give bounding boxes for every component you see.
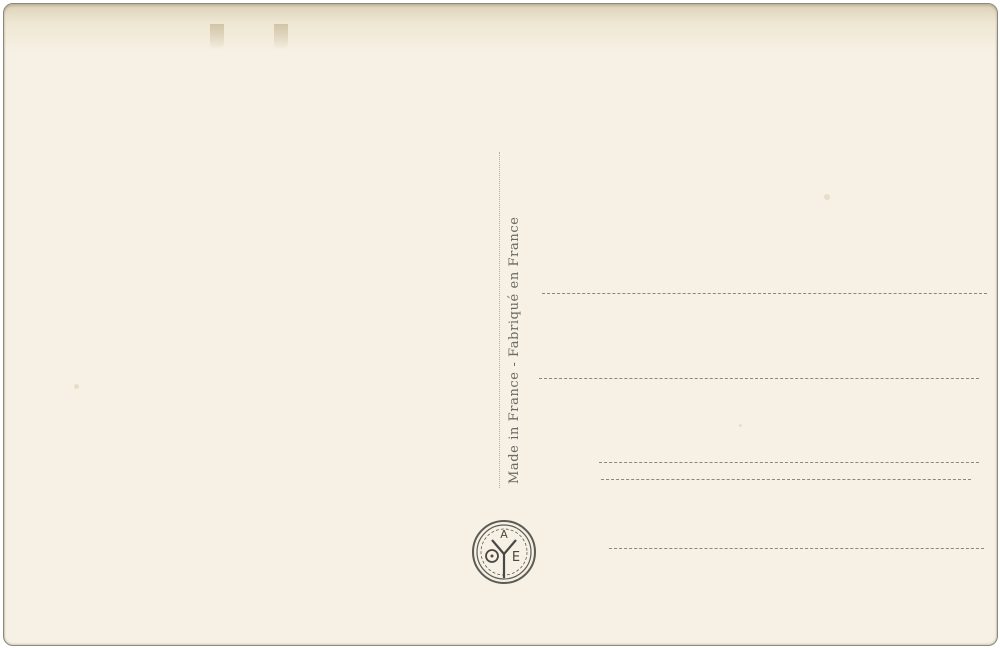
paper-speck bbox=[739, 424, 742, 427]
address-line-3 bbox=[599, 462, 979, 463]
made-in-france-text: Made in France - Fabriqué en France bbox=[507, 217, 522, 485]
stain-drip bbox=[274, 24, 288, 50]
address-line-3b bbox=[601, 479, 971, 480]
svg-text:E: E bbox=[512, 550, 520, 565]
aging-stain bbox=[4, 4, 997, 52]
ayes-monogram-icon: A E bbox=[470, 518, 538, 586]
paper-speck bbox=[824, 194, 830, 200]
address-line-4 bbox=[609, 548, 984, 549]
address-line-2 bbox=[539, 378, 979, 379]
address-line-1 bbox=[542, 293, 987, 294]
svg-text:A: A bbox=[500, 528, 508, 541]
paper-speck bbox=[74, 384, 79, 389]
center-divider-line bbox=[499, 152, 500, 488]
postcard-back: Made in France - Fabriqué en France A E bbox=[3, 3, 998, 646]
stain-drip bbox=[210, 24, 224, 50]
